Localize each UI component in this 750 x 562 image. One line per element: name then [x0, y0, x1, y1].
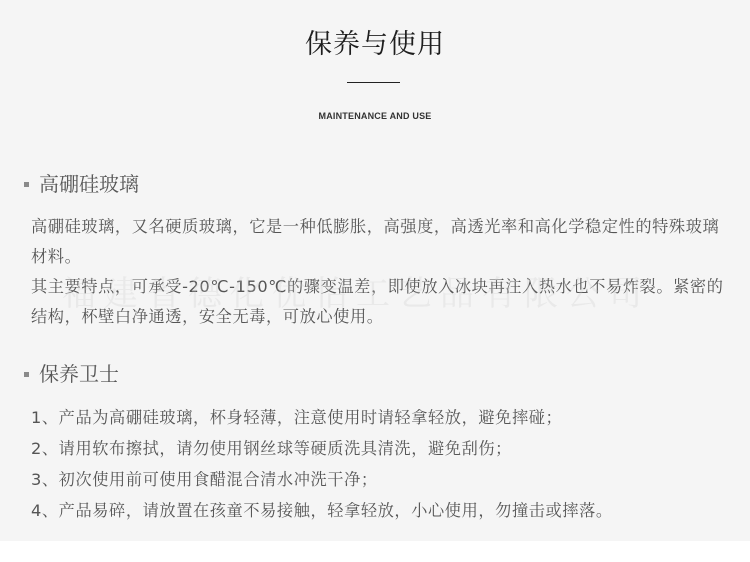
page-subtitle: MAINTENANCE AND USE	[0, 111, 750, 121]
list-item: 1、产品为高硼硅玻璃，杯身轻薄，注意使用时请轻拿轻放，避免摔碰；	[31, 402, 736, 433]
material-description: 高硼硅玻璃，又名硬质玻璃，它是一种低膨胀，高强度，高透光率和高化学稳定性的特殊玻…	[31, 212, 736, 332]
square-bullet-icon	[24, 182, 29, 187]
list-item: 2、请用软布擦拭，请勿使用钢丝球等硬质洗具清洗，避免刮伤；	[31, 433, 736, 464]
section-heading-care: 保养卫士	[24, 361, 119, 387]
square-bullet-icon	[24, 372, 29, 377]
paragraph: 高硼硅玻璃，又名硬质玻璃，它是一种低膨胀，高强度，高透光率和高化学稳定性的特殊玻…	[31, 212, 736, 272]
maintenance-panel: 保养与使用 MAINTENANCE AND USE 高硼硅玻璃 高硼硅玻璃，又名…	[0, 0, 750, 541]
section-heading-label: 保养卫士	[39, 361, 119, 387]
list-item: 3、初次使用前可使用食醋混合清水冲洗干净；	[31, 464, 736, 495]
list-item: 4、产品易碎，请放置在孩童不易接触，轻拿轻放，小心使用，勿撞击或摔落。	[31, 495, 736, 526]
section-heading-material: 高硼硅玻璃	[24, 171, 139, 197]
care-instructions-list: 1、产品为高硼硅玻璃，杯身轻薄，注意使用时请轻拿轻放，避免摔碰； 2、请用软布擦…	[31, 402, 736, 526]
page-title: 保养与使用	[0, 27, 750, 63]
paragraph: 其主要特点，可承受-20℃-150℃的骤变温差，即使放入冰块再注入热水也不易炸裂…	[31, 272, 736, 332]
section-heading-label: 高硼硅玻璃	[39, 171, 139, 197]
title-divider	[347, 82, 400, 83]
